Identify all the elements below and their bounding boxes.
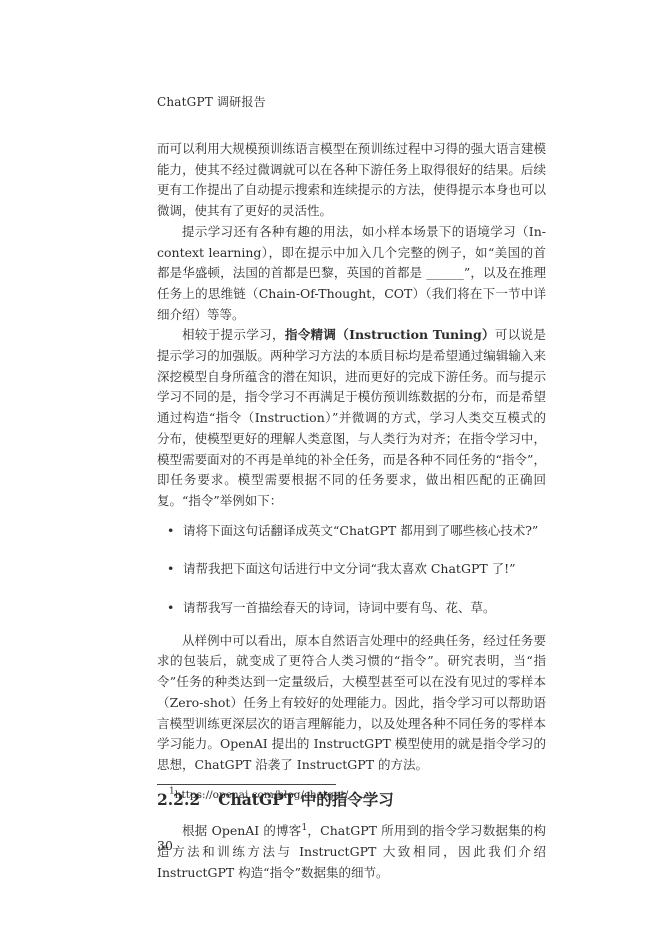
instruction-example-poem: 请帮我写一首描绘春天的诗词，诗词中要有鸟、花、草。 (183, 600, 496, 615)
page-number: 30 (157, 838, 173, 853)
footnote-block: 1https://openai.com/blog/chatgpt/ (157, 784, 546, 801)
paragraph-instruction-tuning-post: 可以说是提示学习的加强版。两种学习方法的本质目标均是希望通过编辑输入来深挖模型自… (157, 327, 546, 508)
instruction-tuning-bold-term: 指令精调（Instruction Tuning） (285, 327, 495, 342)
running-header: ChatGPT 调研报告 (157, 93, 266, 110)
paragraph-zero-shot: 从样例中可以看出，原本自然语言处理中的经典任务，经过任务要求的包装后，就变成了更… (157, 631, 546, 776)
footnote-divider (157, 784, 336, 785)
instruction-example-translate: 请将下面这句话翻译成英文“ChatGPT 都用到了哪些核心技术?” (183, 523, 538, 538)
instruction-example-segmentation: 请帮我把下面这句话进行中文分词“我太喜欢 ChatGPT 了!” (183, 561, 516, 576)
paragraph-prompt-tuning-continued: 而可以利用大规模预训练语言模型在预训练过程中习得的强大语言建模能力，使其不经过微… (157, 139, 546, 222)
paragraph-openai-blog-pre: 根据 OpenAI 的博客 (182, 823, 302, 838)
body-text-column: 而可以利用大规模预训练语言模型在预训练过程中习得的强大语言建模能力，使其不经过微… (157, 139, 546, 884)
footnote-url: https://openai.com/blog/chatgpt/ (175, 789, 349, 801)
document-page: ChatGPT 调研报告 而可以利用大规模预训练语言模型在预训练过程中习得的强大… (0, 0, 660, 934)
instruction-example-list: •请将下面这句话翻译成英文“ChatGPT 都用到了哪些核心技术?” •请帮我把… (157, 521, 546, 619)
list-item: •请将下面这句话翻译成英文“ChatGPT 都用到了哪些核心技术?” (183, 521, 546, 542)
paragraph-in-context-learning: 提示学习还有各种有趣的用法，如小样本场景下的语境学习（In-context le… (157, 222, 546, 326)
list-item: •请帮我把下面这句话进行中文分词“我太喜欢 ChatGPT 了!” (183, 559, 546, 580)
footnote-text: 1https://openai.com/blog/chatgpt/ (157, 789, 546, 801)
paragraph-instruction-tuning-pre: 相较于提示学习， (182, 327, 285, 342)
bullet-icon: • (167, 521, 174, 542)
bullet-icon: • (167, 559, 174, 580)
paragraph-openai-blog: 根据 OpenAI 的博客1，ChatGPT 所用到的指令学习数据集的构造方法和… (157, 821, 546, 883)
bullet-icon: • (167, 598, 174, 619)
paragraph-instruction-tuning: 相较于提示学习，指令精调（Instruction Tuning）可以说是提示学习… (157, 325, 546, 511)
list-item: •请帮我写一首描绘春天的诗词，诗词中要有鸟、花、草。 (183, 598, 546, 619)
